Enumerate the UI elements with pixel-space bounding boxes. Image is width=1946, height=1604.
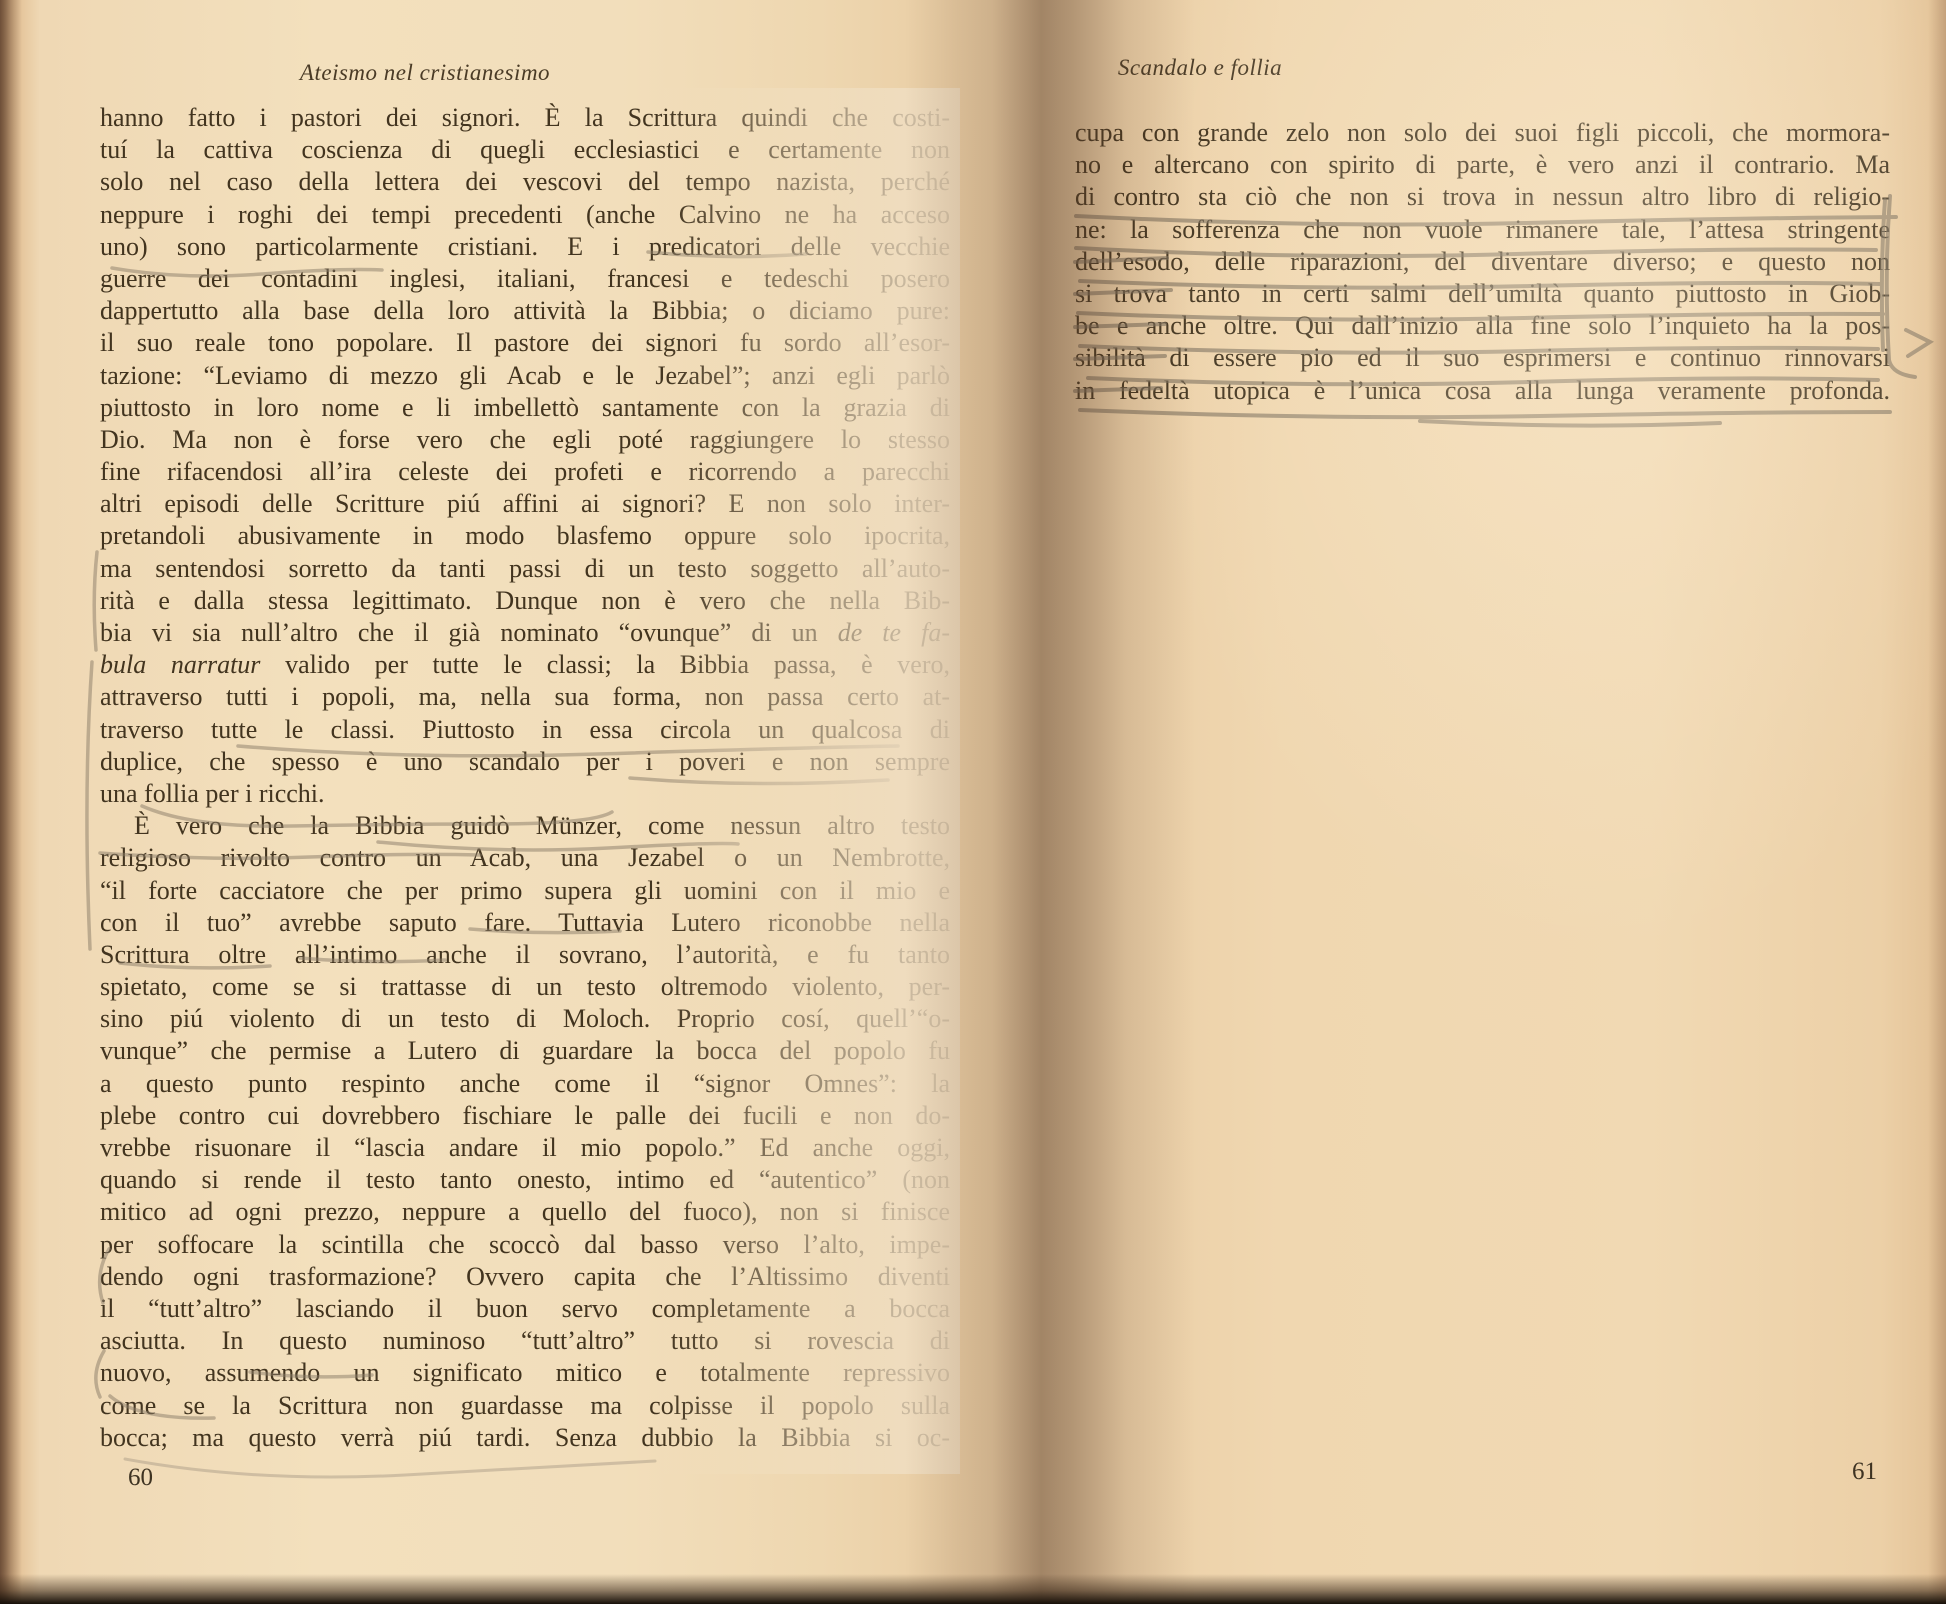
- text-line: in fedeltà utopica è l’unica cosa alla l…: [1075, 375, 1890, 407]
- text-line: il “tutt’altro” lasciando il buon servo …: [100, 1293, 950, 1325]
- text-line: È vero che la Bibbia guidò Münzer, come …: [100, 810, 950, 842]
- text-line: tazione: “Leviamo di mezzo gli Acab e le…: [100, 360, 950, 392]
- text-line: si trova tanto in certi salmi dell’umilt…: [1075, 278, 1890, 310]
- text-line: il suo reale tono popolare. Il pastore d…: [100, 327, 950, 359]
- text-line: altri episodi delle Scritture piú affini…: [100, 488, 950, 520]
- pencil-margin-line: [94, 552, 97, 650]
- text-line: spietato, come se si trattasse di un tes…: [100, 971, 950, 1003]
- text-line: be e anche oltre. Qui dall’inizio alla f…: [1075, 310, 1890, 342]
- text-line: plebe contro cui dovrebbero fischiare le…: [100, 1100, 950, 1132]
- text-line: guerre dei contadini inglesi, italiani, …: [100, 263, 950, 295]
- text-line: fine rifacendosi all’ira celeste dei pro…: [100, 456, 950, 488]
- text-line: religioso rivolto contro un Acab, una Je…: [100, 842, 950, 874]
- text-line: sibilità di essere pio ed il suo esprime…: [1075, 342, 1890, 374]
- left-page-faint-marks: [125, 1459, 655, 1477]
- left-page-number: 60: [128, 1464, 153, 1492]
- text-line: attraverso tutti i popoli, ma, nella sua…: [100, 681, 950, 713]
- text-line: tuí la cattiva coscienza di quegli eccle…: [100, 134, 950, 166]
- text-line: piuttosto in loro nome e li imbellettò s…: [100, 392, 950, 424]
- text-line: vunque” che permise a Lutero di guardare…: [100, 1035, 950, 1067]
- pencil-underline: [1080, 410, 1890, 417]
- pencil-mark: [125, 1459, 655, 1477]
- right-page-number: 61: [1852, 1458, 1877, 1486]
- text-line: no e altercano con spirito di parte, è v…: [1075, 149, 1890, 181]
- text-line: hanno fatto i pastori dei signori. È la …: [100, 102, 950, 134]
- open-book-photo: Ateismo nel cristianesimo hanno fatto i …: [0, 0, 1946, 1604]
- pencil-margin-line: [87, 662, 92, 949]
- text-line: Dio. Ma non è forse vero che egli poté r…: [100, 424, 950, 456]
- text-line: mitico ad ogni prezzo, neppure a quello …: [100, 1196, 950, 1228]
- text-line: con il tuo” avrebbe saputo fare. Tuttavi…: [100, 907, 950, 939]
- text-line: duplice, che spesso è uno scandalo per i…: [100, 746, 950, 778]
- text-line: traverso tutte le classi. Piuttosto in e…: [100, 714, 950, 746]
- text-line: Scrittura oltre all’intimo anche il sovr…: [100, 939, 950, 971]
- text-line: dappertutto alla base della loro attivit…: [100, 295, 950, 327]
- text-line: per soffocare la scintilla che scoccò da…: [100, 1229, 950, 1261]
- text-line: ne: la sofferenza che non vuole rimanere…: [1075, 214, 1890, 246]
- right-text-column: cupa con grande zelo non solo dei suoi f…: [1075, 117, 1890, 407]
- text-line: di contro sta ciò che non si trova in ne…: [1075, 181, 1890, 213]
- pencil-arrow: [1906, 330, 1930, 356]
- text-line: solo nel caso della lettera dei vescovi …: [100, 166, 950, 198]
- right-running-header: Scandalo e follia: [1100, 55, 1300, 81]
- text-line: neppure i roghi dei tempi precedenti (an…: [100, 199, 950, 231]
- text-line: ma sentendosi sorretto da tanti passi di…: [100, 553, 950, 585]
- book-edge-right: [1928, 0, 1946, 1604]
- text-line: a questo punto respinto anche come il “s…: [100, 1068, 950, 1100]
- text-line: sino piú violento di un testo di Moloch.…: [100, 1003, 950, 1035]
- book-edge-left: [0, 0, 22, 1604]
- text-line: cupa con grande zelo non solo dei suoi f…: [1075, 117, 1890, 149]
- text-line: bia vi sia null’altro che il già nominat…: [100, 617, 950, 649]
- text-line: uno) sono particolarmente cristiani. E i…: [100, 231, 950, 263]
- text-line: dendo ogni trasformazione? Ovvero capita…: [100, 1261, 950, 1293]
- text-line: bocca; ma questo verrà piú tardi. Senza …: [100, 1422, 950, 1454]
- text-line: asciutta. In questo numinoso “tutt’altro…: [100, 1325, 950, 1357]
- text-line: quando si rende il testo tanto onesto, i…: [100, 1164, 950, 1196]
- text-line: dell’esodo, delle riparazioni, del diven…: [1075, 246, 1890, 278]
- book-edge-bottom: [0, 1574, 1946, 1604]
- pencil-underline: [1420, 421, 1720, 426]
- text-line: “il forte cacciatore che per primo super…: [100, 875, 950, 907]
- text-line: nuovo, assumendo un significato mitico e…: [100, 1357, 950, 1389]
- text-line: pretandoli abusivamente in modo blasfemo…: [100, 520, 950, 552]
- text-line: vrebbe risuonare il “lascia andare il mi…: [100, 1132, 950, 1164]
- left-text-column: hanno fatto i pastori dei signori. È la …: [100, 102, 950, 1454]
- text-line: come se la Scrittura non guardasse ma co…: [100, 1390, 950, 1422]
- pencil-margin-bracket: [1889, 360, 1915, 377]
- text-line: rità e dalla stessa legittimato. Dunque …: [100, 585, 950, 617]
- left-running-header: Ateismo nel cristianesimo: [100, 60, 750, 86]
- text-line: bula narratur valido per tutte le classi…: [100, 649, 950, 681]
- text-line: una follia per i ricchi.: [100, 778, 950, 810]
